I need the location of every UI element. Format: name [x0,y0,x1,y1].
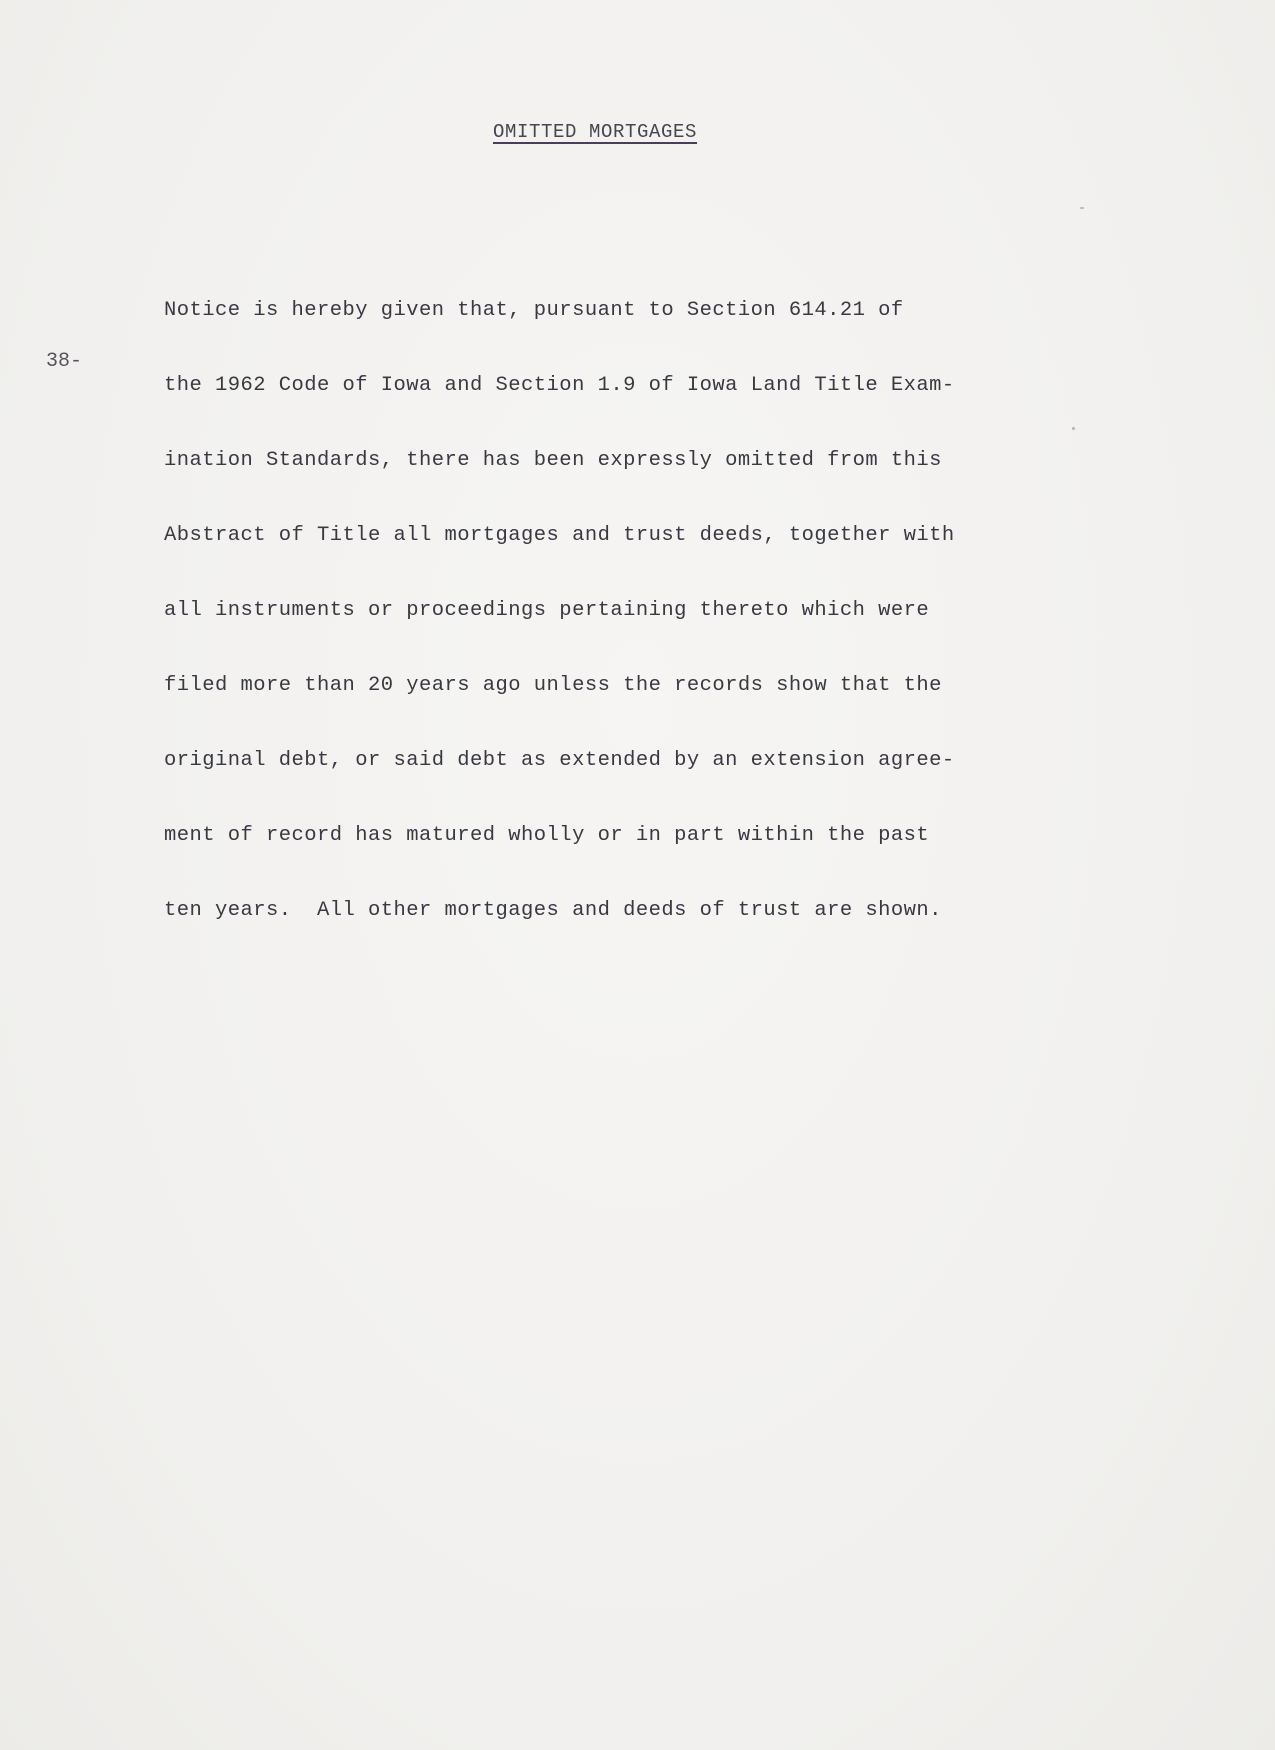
paragraph-line: ination Standards, there has been expres… [164,448,955,473]
paper-speck [1072,427,1075,430]
paragraph-line: ten years. All other mortgages and deeds… [164,898,955,923]
paragraph-line: Abstract of Title all mortgages and trus… [164,523,955,548]
paragraph-line: filed more than 20 years ago unless the … [164,673,955,698]
paragraph-line: original debt, or said debt as extended … [164,748,955,773]
paper-speck [1080,207,1084,209]
document-page: OMITTED MORTGAGES 38- Notice is hereby g… [0,0,1275,1750]
paragraph-line: the 1962 Code of Iowa and Section 1.9 of… [164,373,955,398]
paragraph-line: Notice is hereby given that, pursuant to… [164,298,955,323]
notice-paragraph: Notice is hereby given that, pursuant to… [164,248,955,973]
paragraph-line: all instruments or proceedings pertainin… [164,598,955,623]
margin-page-number: 38- [46,350,82,373]
document-title: OMITTED MORTGAGES [493,121,697,143]
paragraph-line: ment of record has matured wholly or in … [164,823,955,848]
